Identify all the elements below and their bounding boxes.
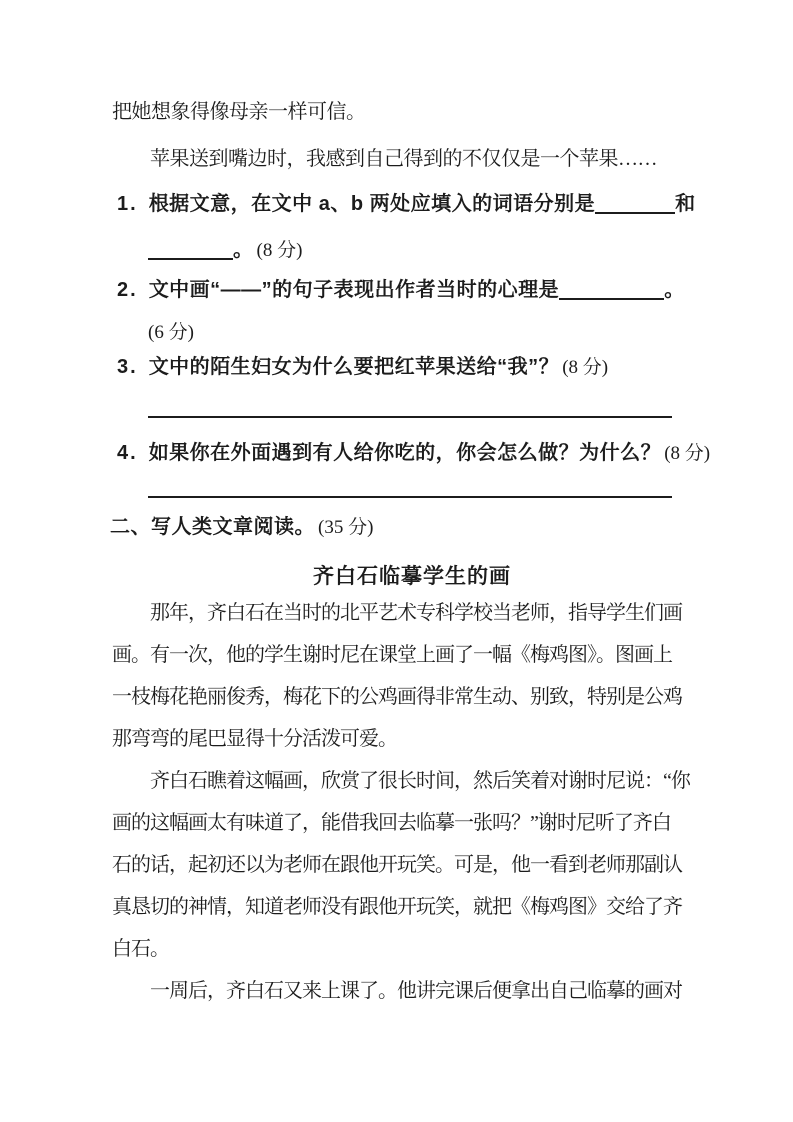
- exam-page: 把她想象得像母亲一样可信。 苹果送到嘴边时，我感到自己得到的不仅仅是一个苹果………: [0, 0, 793, 1122]
- question-1-number: 1.: [117, 192, 138, 217]
- section-score: (35 分): [318, 517, 373, 538]
- section-label: 写人类文章阅读。: [151, 516, 315, 538]
- question-1-line-2: 。(8 分): [148, 238, 302, 263]
- question-2-score: (6 分): [148, 322, 194, 343]
- question-1-text: 根据文意，在文中 a、b 两处应填入的词语分别是: [149, 193, 595, 215]
- excerpt-line-1: 把她想象得像母亲一样可信。: [112, 100, 366, 125]
- answer-line-q3: [148, 416, 672, 418]
- question-1-score: (8 分): [257, 240, 303, 261]
- section-number: 二、: [110, 516, 151, 538]
- question-1-line-1: 1.根据文意，在文中 a、b 两处应填入的词语分别是和: [117, 192, 696, 217]
- question-4-text: 如果你在外面遇到有人给你吃的，你会怎么做？为什么？: [149, 442, 662, 464]
- question-2-line-1: 2.文中画“——”的句子表现出作者当时的心理是。: [117, 278, 685, 303]
- excerpt-line-2: 苹果送到嘴边时，我感到自己得到的不仅仅是一个苹果……: [150, 147, 657, 172]
- passage-line: 齐白石瞧着这幅画，欣赏了很长时间，然后笑着对谢时尼说：“你: [112, 760, 712, 802]
- section-heading: 二、写人类文章阅读。(35 分): [110, 515, 373, 540]
- question-3-text: 文中的陌生妇女为什么要把红苹果送给“我”？: [149, 356, 560, 378]
- answer-line-q4: [148, 496, 672, 498]
- passage-line: 一周后，齐白石又来上课了。他讲完课后便拿出自己临摹的画对: [112, 970, 712, 1012]
- question-2-period: 。: [664, 279, 685, 301]
- passage-line: 画的这幅画太有味道了，能借我回去临摹一张吗？”谢时尼听了齐白: [112, 802, 712, 844]
- passage-line: 石的话，起初还以为老师在跟他开玩笑。可是，他一看到老师那副认: [112, 844, 712, 886]
- question-2-text: 文中画“——”的句子表现出作者当时的心理是: [149, 279, 560, 301]
- question-4-number: 4.: [117, 441, 138, 466]
- passage-title: 齐白石临摹学生的画: [112, 560, 712, 590]
- fill-blank-a: [595, 192, 675, 214]
- question-3-number: 3.: [117, 355, 138, 380]
- passage-line: 那年，齐白石在当时的北平艺术专科学校当老师，指导学生们画: [112, 592, 712, 634]
- question-2-number: 2.: [117, 278, 138, 303]
- passage-line: 那弯弯的尾巴显得十分活泼可爱。: [112, 718, 712, 760]
- fill-blank-b: [148, 238, 233, 260]
- passage-line: 真恳切的神情，知道老师没有跟他开玩笑，就把《梅鸡图》交给了齐: [112, 886, 712, 928]
- passage-line: 白石。: [112, 928, 712, 970]
- question-4-line: 4.如果你在外面遇到有人给你吃的，你会怎么做？为什么？(8 分): [117, 441, 710, 466]
- question-1-period: 。: [233, 239, 254, 261]
- question-2-line-2: (6 分): [148, 320, 194, 345]
- passage-line: 画。有一次，他的学生谢时尼在课堂上画了一幅《梅鸡图》。图画上: [112, 634, 712, 676]
- passage-line: 一枝梅花艳丽俊秀，梅花下的公鸡画得非常生动、别致，特别是公鸡: [112, 676, 712, 718]
- passage-body: 那年，齐白石在当时的北平艺术专科学校当老师，指导学生们画 画。有一次，他的学生谢…: [112, 592, 712, 1012]
- question-4-score: (8 分): [664, 443, 710, 464]
- question-1-conjunction: 和: [675, 193, 696, 215]
- question-3-score: (8 分): [562, 357, 608, 378]
- question-3-line: 3.文中的陌生妇女为什么要把红苹果送给“我”？(8 分): [117, 355, 608, 380]
- fill-blank-c: [559, 278, 664, 300]
